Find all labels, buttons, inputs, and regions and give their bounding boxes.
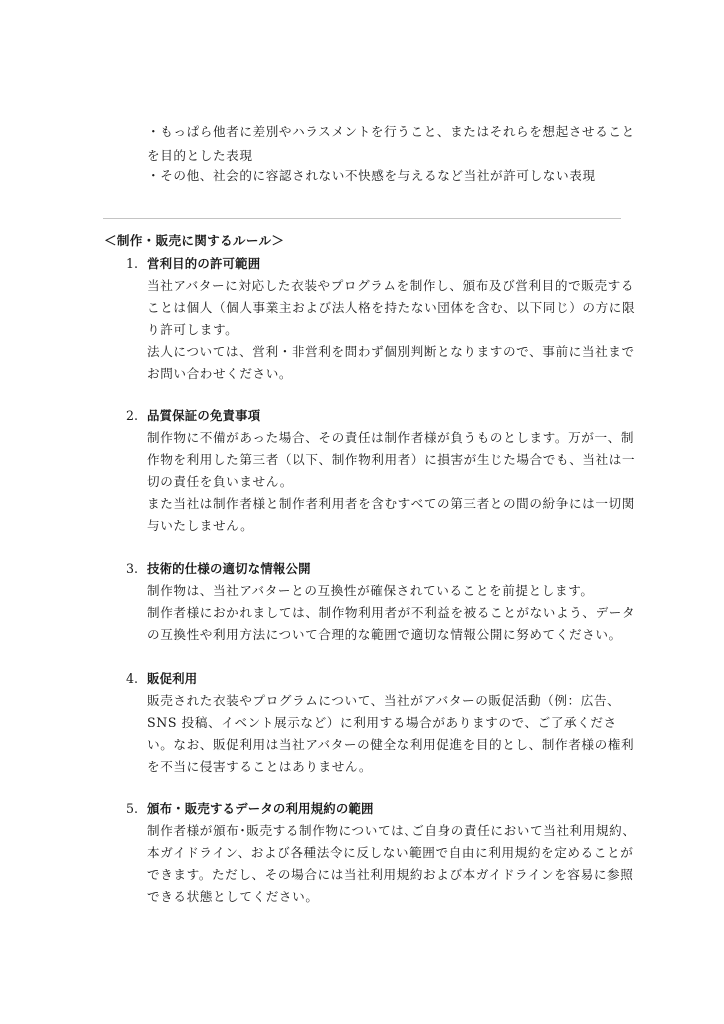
bullet-line: ・その他、社会的に容認されない不快感を与えるなど当社が許可しない表現 — [147, 168, 596, 184]
item-heading: 頒布・販売するデータの利用規約の範囲 — [147, 801, 374, 817]
item-text-line: 法人については、営利・非営利を問わず個別判断となりますので、事前に当社まで — [147, 344, 635, 360]
item-text-line: また当社は制作者様と制作者利用者を含むすべての第三者との間の紛争には一切関 — [147, 496, 635, 512]
item-number: 4. — [126, 671, 138, 687]
document-page: ・もっぱら他者に差別やハラスメントを行うこと、またはそれらを想起させること を目… — [0, 0, 724, 1024]
item-number: 2. — [126, 408, 138, 424]
item-text-line: 販売された衣装やプログラムについて、当社がアバターの販促活動（例：広告、 — [147, 693, 620, 709]
item-text-line: 本ガイドライン、および各種法令に反しない範囲で自由に利用規約を定めることが — [147, 845, 633, 861]
item-heading: 販促利用 — [147, 671, 197, 687]
bullet-line: ・もっぱら他者に差別やハラスメントを行うこと、またはそれらを想起させること — [147, 124, 635, 140]
item-text-line: 制作者様におかれましては、制作物利用者が不利益を被ることがないよう、データ — [147, 605, 635, 621]
item-text-line: お問い合わせください。 — [147, 366, 292, 382]
item-text-line: ことは個人（個人事業主および法人格を持たない団体を含む、以下同じ）の方に限 — [147, 300, 635, 316]
item-text-line: 当社アバターに対応した衣装やプログラムを制作し、頒布及び営利目的で販売する — [147, 278, 634, 294]
item-text-line: を不当に侵害することはありません。 — [147, 759, 372, 775]
bullet-line: を目的とした表現 — [147, 148, 253, 164]
item-heading: 営利目的の許可範囲 — [147, 256, 260, 272]
item-text-line: 切の責任を負いません。 — [147, 474, 293, 490]
item-text-line: 制作物は、当社アバターとの互換性が確保されていることを前提とします。 — [147, 583, 594, 599]
item-text-line: 制作者様が頒布･販売する制作物については､ご自身の責任において当社利用規約、 — [147, 823, 636, 839]
item-text-line: SNS 投稿、イベント展示など）に利用する場合がありますので、ご了承くださ — [147, 715, 617, 731]
item-text-line: できる状態としてください。 — [147, 889, 319, 905]
item-text-line: できます。ただし、その場合には当社利用規約および本ガイドラインを容易に参照 — [147, 867, 633, 883]
item-text-line: 与いたしません。 — [147, 518, 253, 534]
section-divider — [103, 218, 621, 219]
section-title: ＜制作・販売に関するルール＞ — [104, 233, 284, 249]
item-heading: 技術的仕様の適切な情報公開 — [147, 561, 311, 577]
item-text-line: 制作物に不備があった場合、その責任は制作者様が負うものとします。万が一、制 — [147, 430, 634, 446]
item-number: 3. — [126, 561, 138, 577]
item-text-line: り許可します。 — [147, 322, 238, 338]
item-text-line: 作物を利用した第三者（以下、制作物利用者）に損害が生じた場合でも、当社は一 — [147, 452, 635, 468]
item-number: 5. — [126, 801, 138, 817]
item-text-line: の互換性や利用方法について合理的な範囲で適切な情報公開に努めてください。 — [147, 627, 622, 643]
item-text-line: い。なお、販促利用は当社アバターの健全な利用促進を目的とし、制作者様の権利 — [147, 737, 634, 753]
item-number: 1. — [126, 256, 138, 272]
item-heading: 品質保証の免責事項 — [147, 408, 260, 424]
